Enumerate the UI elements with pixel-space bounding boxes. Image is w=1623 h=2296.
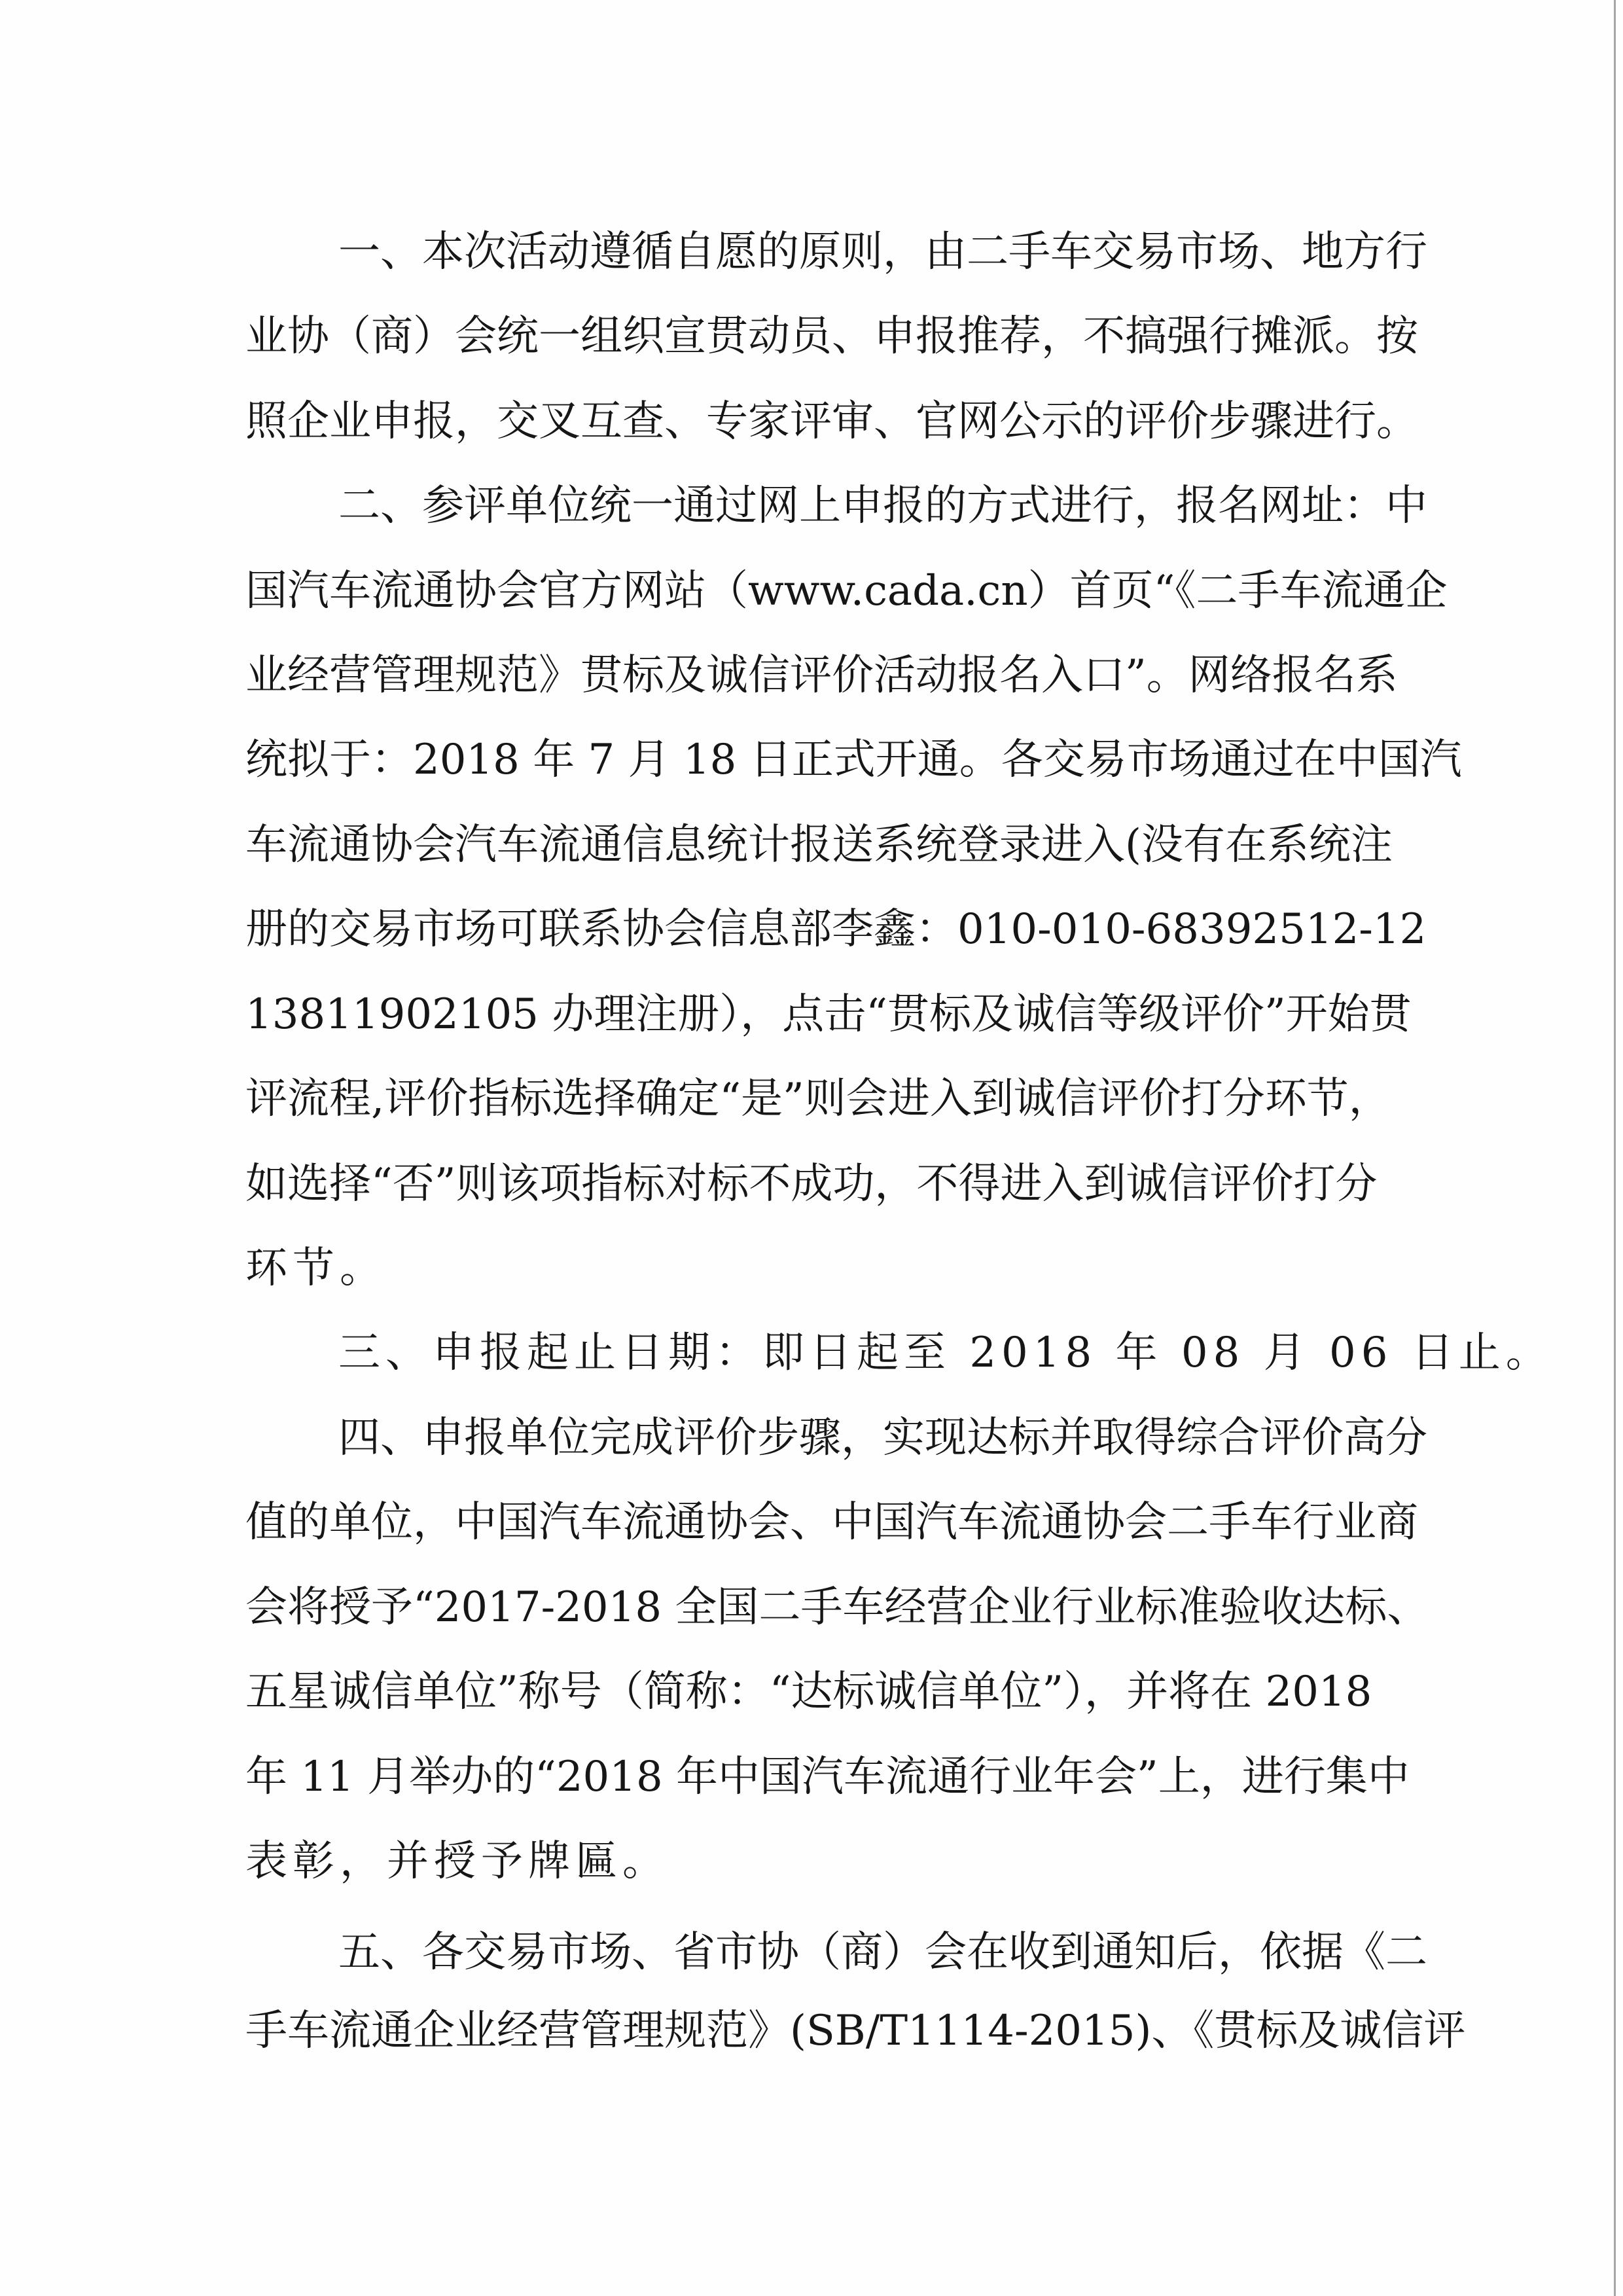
paragraph-2-line-9: 如选择“否”则该项指标对标不成功，不得进入到诚信评价打分 [245,1155,1366,1213]
paragraph-2-line-8: 评流程,评价指标选择确定“是”则会进入到诚信评价打分环节， [245,1069,1366,1128]
paragraph-4-line-6: 表彰，并授予牌匾。 [245,1832,1366,1891]
paragraph-2-line-10: 环节。 [245,1239,1366,1298]
paragraph-4-line-1: 四、申报单位完成评价步骤，实现达标并取得综合评价高分 [338,1408,1366,1467]
paragraph-4-line-5: 年 11 月举办的“2018 年中国汽车流通行业年会”上，进行集中 [245,1748,1366,1806]
paragraph-1-line-2: 业协（商）会统一组织宣贯动员、申报推荐，不搞强行摊派。按 [245,307,1366,366]
paragraph-1-line-3: 照企业申报，交叉互查、专家评审、官网公示的评价步骤进行。 [245,392,1366,451]
paragraph-2-line-5: 车流通协会汽车流通信息统计报送系统登录进入(没有在系统注 [245,816,1366,874]
scanned-page: 一、本次活动遵循自愿的原则，由二手车交易市场、地方行 业协（商）会统一组织宣贯动… [0,0,1623,2296]
paragraph-4-line-3: 会将授予“2017-2018 全国二手车经营企业行业标准验收达标、 [245,1578,1366,1637]
paragraph-2-line-2: 国汽车流通协会官方网站（www.cada.cn）首页“《二手车流通企 [245,562,1366,620]
paragraph-4-line-2: 值的单位，中国汽车流通协会、中国汽车流通协会二手车行业商 [245,1493,1366,1552]
paragraph-2-line-1: 二、参评单位统一通过网上申报的方式进行，报名网址：中 [338,476,1366,535]
paragraph-1-line-1: 一、本次活动遵循自愿的原则，由二手车交易市场、地方行 [338,223,1366,281]
scan-edge-line [1614,0,1616,2296]
paragraph-2-line-4: 统拟于：2018 年 7 月 18 日正式开通。各交易市场通过在中国汽 [245,730,1366,789]
paragraph-4-line-4: 五星诚信单位”称号（简称：“达标诚信单位”），并将在 2018 [245,1662,1366,1721]
paragraph-5-line-2: 手车流通企业经营管理规范》(SB/T1114-2015)、《贯标及诚信评 [245,2001,1366,2060]
paragraph-2-line-3: 业经营管理规范》贯标及诚信评价活动报名入口”。网络报名系 [245,646,1366,705]
paragraph-2-line-7: 13811902105 办理注册），点击“贯标及诚信等级评价”开始贯 [245,985,1366,1044]
paragraph-2-line-6: 册的交易市场可联系协会信息部李鑫：010-010-68392512-12 [245,900,1366,959]
paragraph-3-line-1: 三、申报起止日期：即日起至 2018 年 08 月 06 日止。 [338,1323,1366,1382]
paragraph-5-line-1: 五、各交易市场、省市协（商）会在收到通知后，依据《二 [338,1923,1366,1982]
